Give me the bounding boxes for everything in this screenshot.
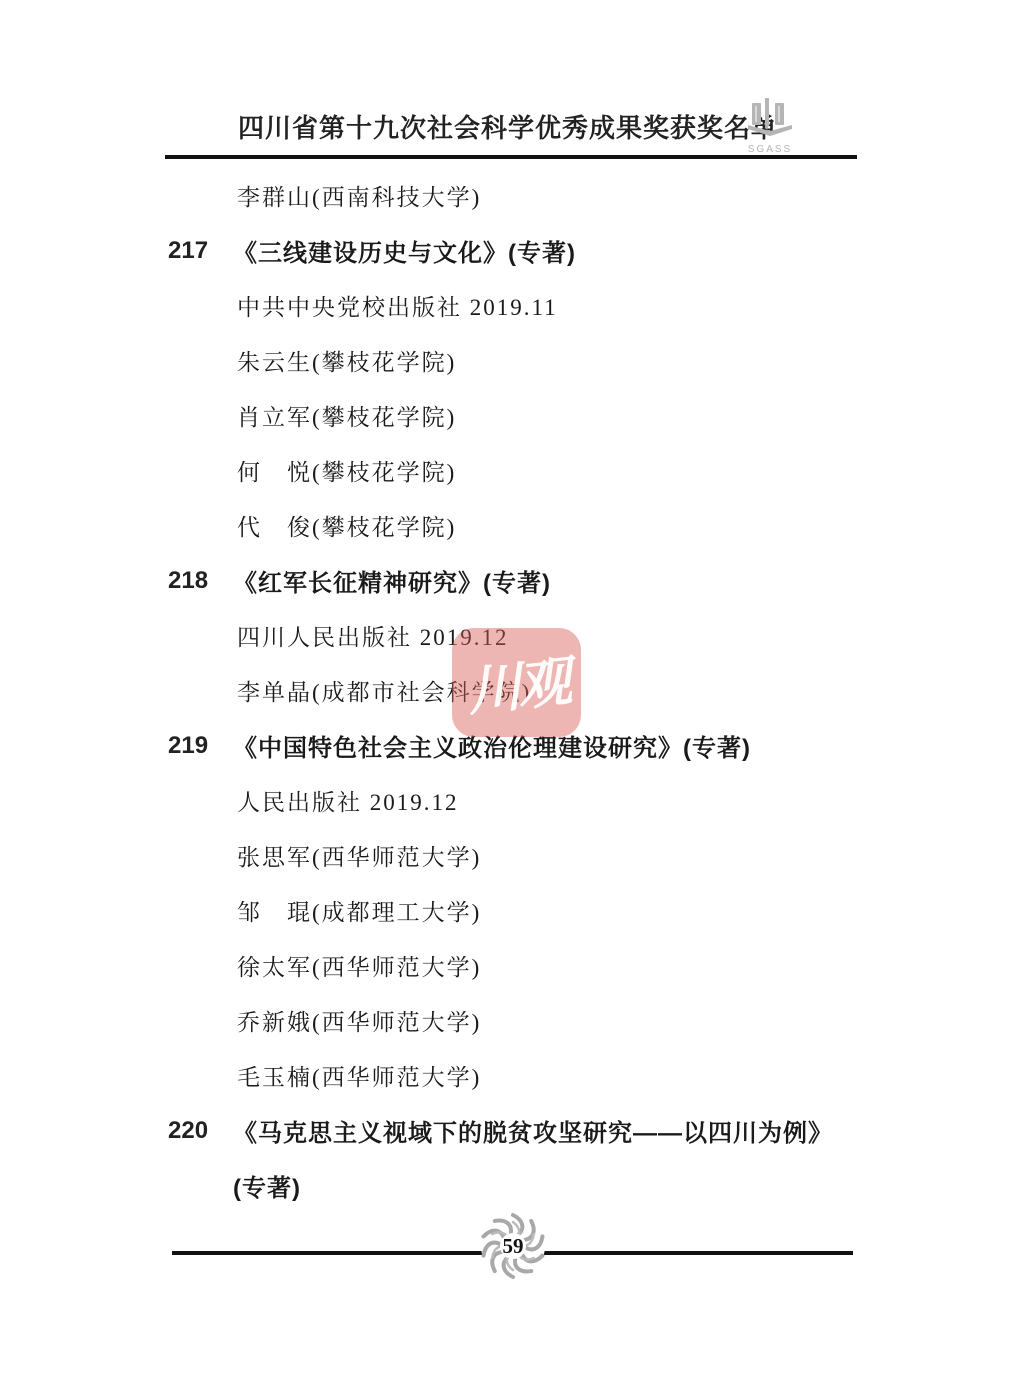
publisher-line: 四川人民出版社 2019.12 [0, 608, 1024, 663]
logo-caption: SGASS [740, 144, 800, 155]
author-line: 徐太军(西华师范大学) [0, 938, 1024, 993]
author-line: 李单晶(成都市社会科学院) [0, 663, 1024, 718]
publisher-line: 中共中央党校出版社 2019.11 [0, 278, 1024, 333]
entry-number: 219 [168, 732, 233, 760]
entry-number: 218 [168, 567, 233, 595]
author-line: 代 俊(攀枝花学院) [0, 498, 1024, 553]
award-list: 李群山(西南科技大学) 217 《三线建设历史与文化》(专著) 中共中央党校出版… [0, 168, 1024, 1213]
author-line: 张思军(西华师范大学) [0, 828, 1024, 883]
entry-number: 220 [168, 1117, 233, 1145]
document-page: 四川省第十九次社会科学优秀成果奖获奖名单 SGASS 李群山(西南科技大 [0, 0, 1024, 1380]
entry-title: 《三线建设历史与文化》(专著) [233, 233, 576, 268]
entry-number: 217 [168, 237, 233, 265]
author-line: 乔新娥(西华师范大学) [0, 993, 1024, 1048]
header-divider [165, 155, 857, 159]
entry-title: 《马克思主义视域下的脱贫攻坚研究——以四川为例》 [233, 1113, 833, 1148]
entry-title: 《红军长征精神研究》(专著) [233, 563, 551, 598]
page-number: 59 [479, 1212, 547, 1280]
publisher-line: 人民出版社 2019.12 [0, 773, 1024, 828]
page-number-rosette: 59 [479, 1212, 547, 1280]
author-line: 朱云生(攀枝花学院) [0, 333, 1024, 388]
entry-title: 《中国特色社会主义政治伦理建设研究》(专著) [233, 728, 751, 763]
award-entry-line: 217 《三线建设历史与文化》(专著) [0, 223, 1024, 278]
award-entry-line: 218 《红军长征精神研究》(专著) [0, 553, 1024, 608]
sgass-building-book-icon [742, 125, 798, 142]
entry-title-wrap: (专著) [233, 1168, 301, 1203]
author-line: 何 悦(攀枝花学院) [0, 443, 1024, 498]
author-line: 邹 琨(成都理工大学) [0, 883, 1024, 938]
page-title: 四川省第十九次社会科学优秀成果奖获奖名单 [238, 108, 778, 145]
award-entry-line: 220 《马克思主义视域下的脱贫攻坚研究——以四川为例》 [0, 1103, 1024, 1158]
award-entry-line: 219 《中国特色社会主义政治伦理建设研究》(专著) [0, 718, 1024, 773]
author-line: 肖立军(攀枝花学院) [0, 388, 1024, 443]
entry-title-continuation: (专著) [0, 1158, 1024, 1213]
publisher-logo: SGASS [740, 96, 800, 155]
author-line: 毛玉楠(西华师范大学) [0, 1048, 1024, 1103]
author-line: 李群山(西南科技大学) [0, 168, 1024, 223]
